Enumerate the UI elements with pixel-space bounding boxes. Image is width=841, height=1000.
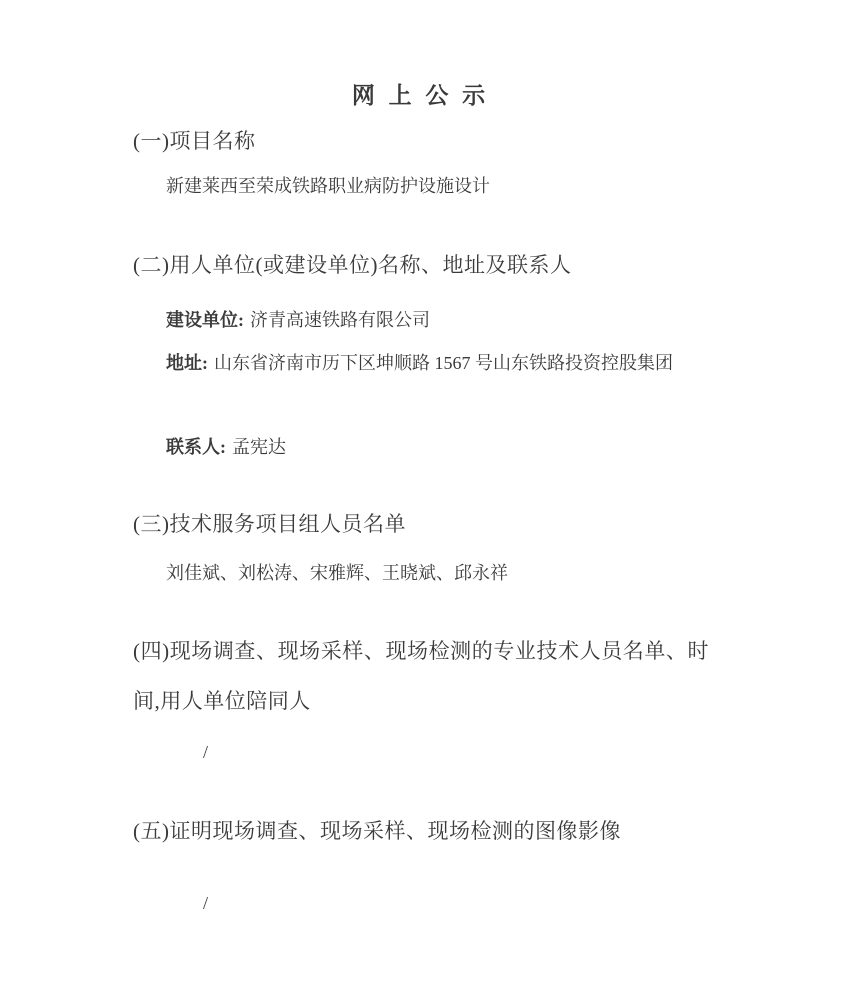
section-5-heading: (五)证明现场调查、现场采样、现场检测的图像影像 [133, 806, 709, 856]
section-1-heading: (一)项目名称 [133, 116, 709, 166]
field-construction-unit-label: 建设单位: [166, 310, 244, 330]
field-address: 地址:山东省济南市历下区坤顺路 1567 号山东铁路投资控股集团 [166, 342, 709, 384]
document-page: 网 上 公 示 (一)项目名称 新建莱西至荣成铁路职业病防护设施设计 (二)用人… [0, 0, 841, 1000]
field-contact-person: 联系人:孟宪达 [166, 426, 709, 468]
field-address-value: 山东省济南市历下区坤顺路 1567 号山东铁路投资控股集团 [214, 353, 673, 373]
section-4-placeholder-slash: / [203, 731, 208, 773]
section-4-heading: (四)现场调查、现场采样、现场检测的专业技术人员名单、时间,用人单位陪同人 [133, 626, 709, 726]
section-3-personnel-list: 刘佳斌、刘松涛、宋雅辉、王晓斌、邱永祥 [166, 552, 709, 594]
section-5-placeholder-slash: / [203, 882, 208, 924]
field-construction-unit-value: 济青高速铁路有限公司 [250, 310, 430, 330]
field-contact-person-label: 联系人: [166, 437, 226, 457]
section-2-heading: (二)用人单位(或建设单位)名称、地址及联系人 [133, 240, 709, 290]
field-construction-unit: 建设单位:济青高速铁路有限公司 [166, 299, 709, 341]
field-contact-person-value: 孟宪达 [232, 437, 286, 457]
document-title: 网 上 公 示 [0, 81, 841, 111]
field-address-label: 地址: [166, 353, 208, 373]
section-1-project-name: 新建莱西至荣成铁路职业病防护设施设计 [166, 165, 709, 207]
section-3-heading: (三)技术服务项目组人员名单 [133, 499, 709, 549]
